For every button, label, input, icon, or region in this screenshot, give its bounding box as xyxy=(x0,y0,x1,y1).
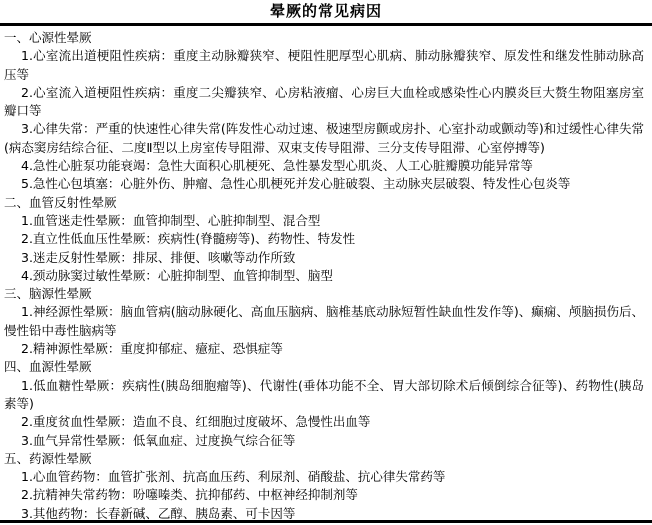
cause-item: 1.血管迷走性晕厥：血管抑制型、心脏抑制型、混合型 xyxy=(4,212,644,230)
section-cardiogenic: 一、心源性晕厥 1.心室流出道梗阻性疾病：重度主动脉瓣狭窄、梗阻性肥厚型心肌病、… xyxy=(4,29,644,194)
section-hematogenic: 四、血源性晕厥 1.低血糖性晕厥：疾病性(胰岛细胞瘤等)、代谢性(垂体功能不全、… xyxy=(4,358,644,449)
section-heading: 一、心源性晕厥 xyxy=(4,29,644,47)
cause-item: 2.重度贫血性晕厥：造血不良、红细胞过度破坏、急慢性出血等 xyxy=(4,413,644,431)
page-title: 晕厥的常见病因 xyxy=(0,0,652,21)
cause-item: 5.急性心包填塞：心脏外伤、肿瘤、急性心肌梗死并发心脏破裂、主动脉夹层破裂、特发… xyxy=(4,175,644,193)
section-heading: 二、血管反射性晕厥 xyxy=(4,194,644,212)
cause-item: 4.颈动脉窦过敏性晕厥：心脏抑制型、血管抑制型、脑型 xyxy=(4,267,644,285)
section-vasoreflex: 二、血管反射性晕厥 1.血管迷走性晕厥：血管抑制型、心脏抑制型、混合型 2.直立… xyxy=(4,194,644,285)
cause-item: 3.血气异常性晕厥：低氧血症、过度换气综合征等 xyxy=(4,432,644,450)
section-drug-induced: 五、药源性晕厥 1.心血管药物：血管扩张剂、抗高血压药、利尿剂、硝酸盐、抗心律失… xyxy=(4,450,644,523)
section-cerebrogenic: 三、脑源性晕厥 1.神经源性晕厥：脑血管病(脑动脉硬化、高血压脑病、脑椎基底动脉… xyxy=(4,285,644,358)
cause-item: 2.精神源性晕厥：重度抑郁症、癔症、恐惧症等 xyxy=(4,340,644,358)
document-body: 一、心源性晕厥 1.心室流出道梗阻性疾病：重度主动脉瓣狭窄、梗阻性肥厚型心肌病、… xyxy=(0,26,652,523)
cause-item: 1.心血管药物：血管扩张剂、抗高血压药、利尿剂、硝酸盐、抗心律失常药等 xyxy=(4,468,644,486)
cause-item: 1.低血糖性晕厥：疾病性(胰岛细胞瘤等)、代谢性(垂体功能不全、胃大部切除术后倾… xyxy=(4,377,644,414)
cause-item: 3.迷走反射性晕厥：排尿、排便、咳嗽等动作所致 xyxy=(4,249,644,267)
section-heading: 五、药源性晕厥 xyxy=(4,450,644,468)
section-heading: 四、血源性晕厥 xyxy=(4,358,644,376)
cause-item: 2.直立性低血压性晕厥：疾病性(脊髓痨等)、药物性、特发性 xyxy=(4,230,644,248)
cause-item: 1.心室流出道梗阻性疾病：重度主动脉瓣狭窄、梗阻性肥厚型心肌病、肺动脉瓣狭窄、原… xyxy=(4,47,644,84)
cause-item: 2.心室流入道梗阻性疾病：重度二尖瓣狭窄、心房粘液瘤、心房巨大血栓或感染性心内膜… xyxy=(4,84,644,121)
cause-item: 1.神经源性晕厥：脑血管病(脑动脉硬化、高血压脑病、脑椎基底动脉短暂性缺血性发作… xyxy=(4,303,644,340)
cause-item: 3.心律失常：严重的快速性心律失常(阵发性心动过速、极速型房颤或房扑、心室扑动或… xyxy=(4,120,644,157)
section-heading: 三、脑源性晕厥 xyxy=(4,285,644,303)
document-page: 晕厥的常见病因 一、心源性晕厥 1.心室流出道梗阻性疾病：重度主动脉瓣狭窄、梗阻… xyxy=(0,0,652,525)
cause-item: 4.急性心脏泵功能衰竭：急性大面积心肌梗死、急性暴发型心肌炎、人工心脏瓣膜功能异… xyxy=(4,157,644,175)
bottom-border xyxy=(0,520,652,523)
cause-item: 2.抗精神失常药物：吩噻嗪类、抗抑郁药、中枢神经抑制剂等 xyxy=(4,486,644,504)
